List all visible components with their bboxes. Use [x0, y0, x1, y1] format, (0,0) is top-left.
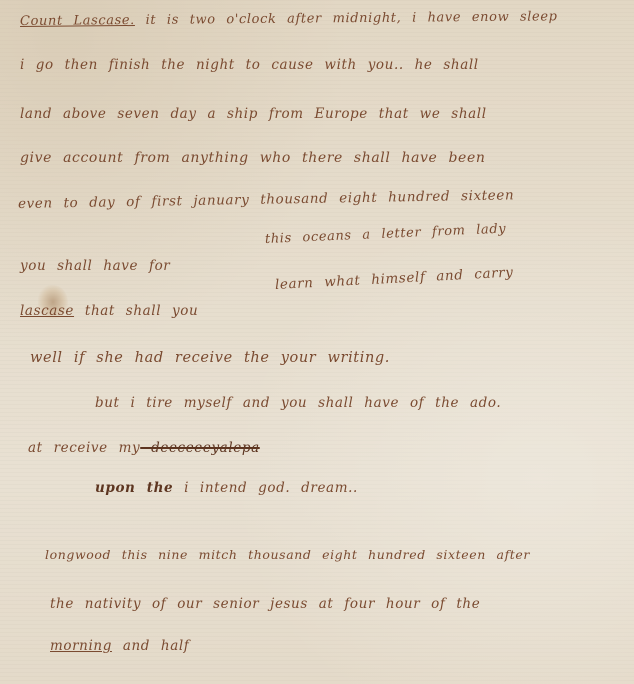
line-9: but i tire myself and you shall have of …: [95, 395, 501, 411]
line-14: morning and half: [50, 638, 189, 654]
line-10: at receive my deeceeeyalepa: [28, 440, 260, 456]
salutation: Count Lascase.: [20, 13, 135, 29]
line-2: i go then finish the night to cause with…: [20, 57, 479, 73]
line-12: longwood this nine mitch thousand eight …: [45, 547, 530, 562]
word-morning: morning: [50, 638, 112, 654]
line-text: i intend god. dream..: [173, 480, 358, 496]
line-text: at receive my: [28, 440, 140, 456]
struck-word: deeceeeyalepa: [140, 440, 260, 456]
line-7-upper: learn what himself and carry: [275, 265, 514, 293]
name-lascase: lascase: [20, 303, 74, 319]
line-text: it is two o'clock after midnight, i have…: [135, 9, 558, 28]
line-5: even to day of first january thousand ei…: [18, 187, 514, 212]
line-13: the nativity of our senior jesus at four…: [50, 596, 480, 612]
line-text: that shall you: [74, 303, 198, 319]
line-4: give account from anything who there sha…: [20, 150, 485, 166]
line-8: well if she had receive the your writing…: [30, 350, 390, 366]
line-1: Count Lascase. it is two o'clock after m…: [20, 9, 558, 29]
line-11: upon the i intend god. dream..: [95, 480, 358, 496]
line-text: and half: [112, 638, 189, 654]
line-6-upper: this oceans a letter from lady: [265, 221, 507, 247]
line-7: lascase that shall you: [20, 303, 198, 319]
line-3: land above seven day a ship from Europe …: [20, 106, 487, 122]
line-6: you shall have for: [20, 258, 170, 274]
letter-page: Count Lascase. it is two o'clock after m…: [0, 0, 634, 684]
line-text-bold: upon the: [95, 480, 173, 496]
